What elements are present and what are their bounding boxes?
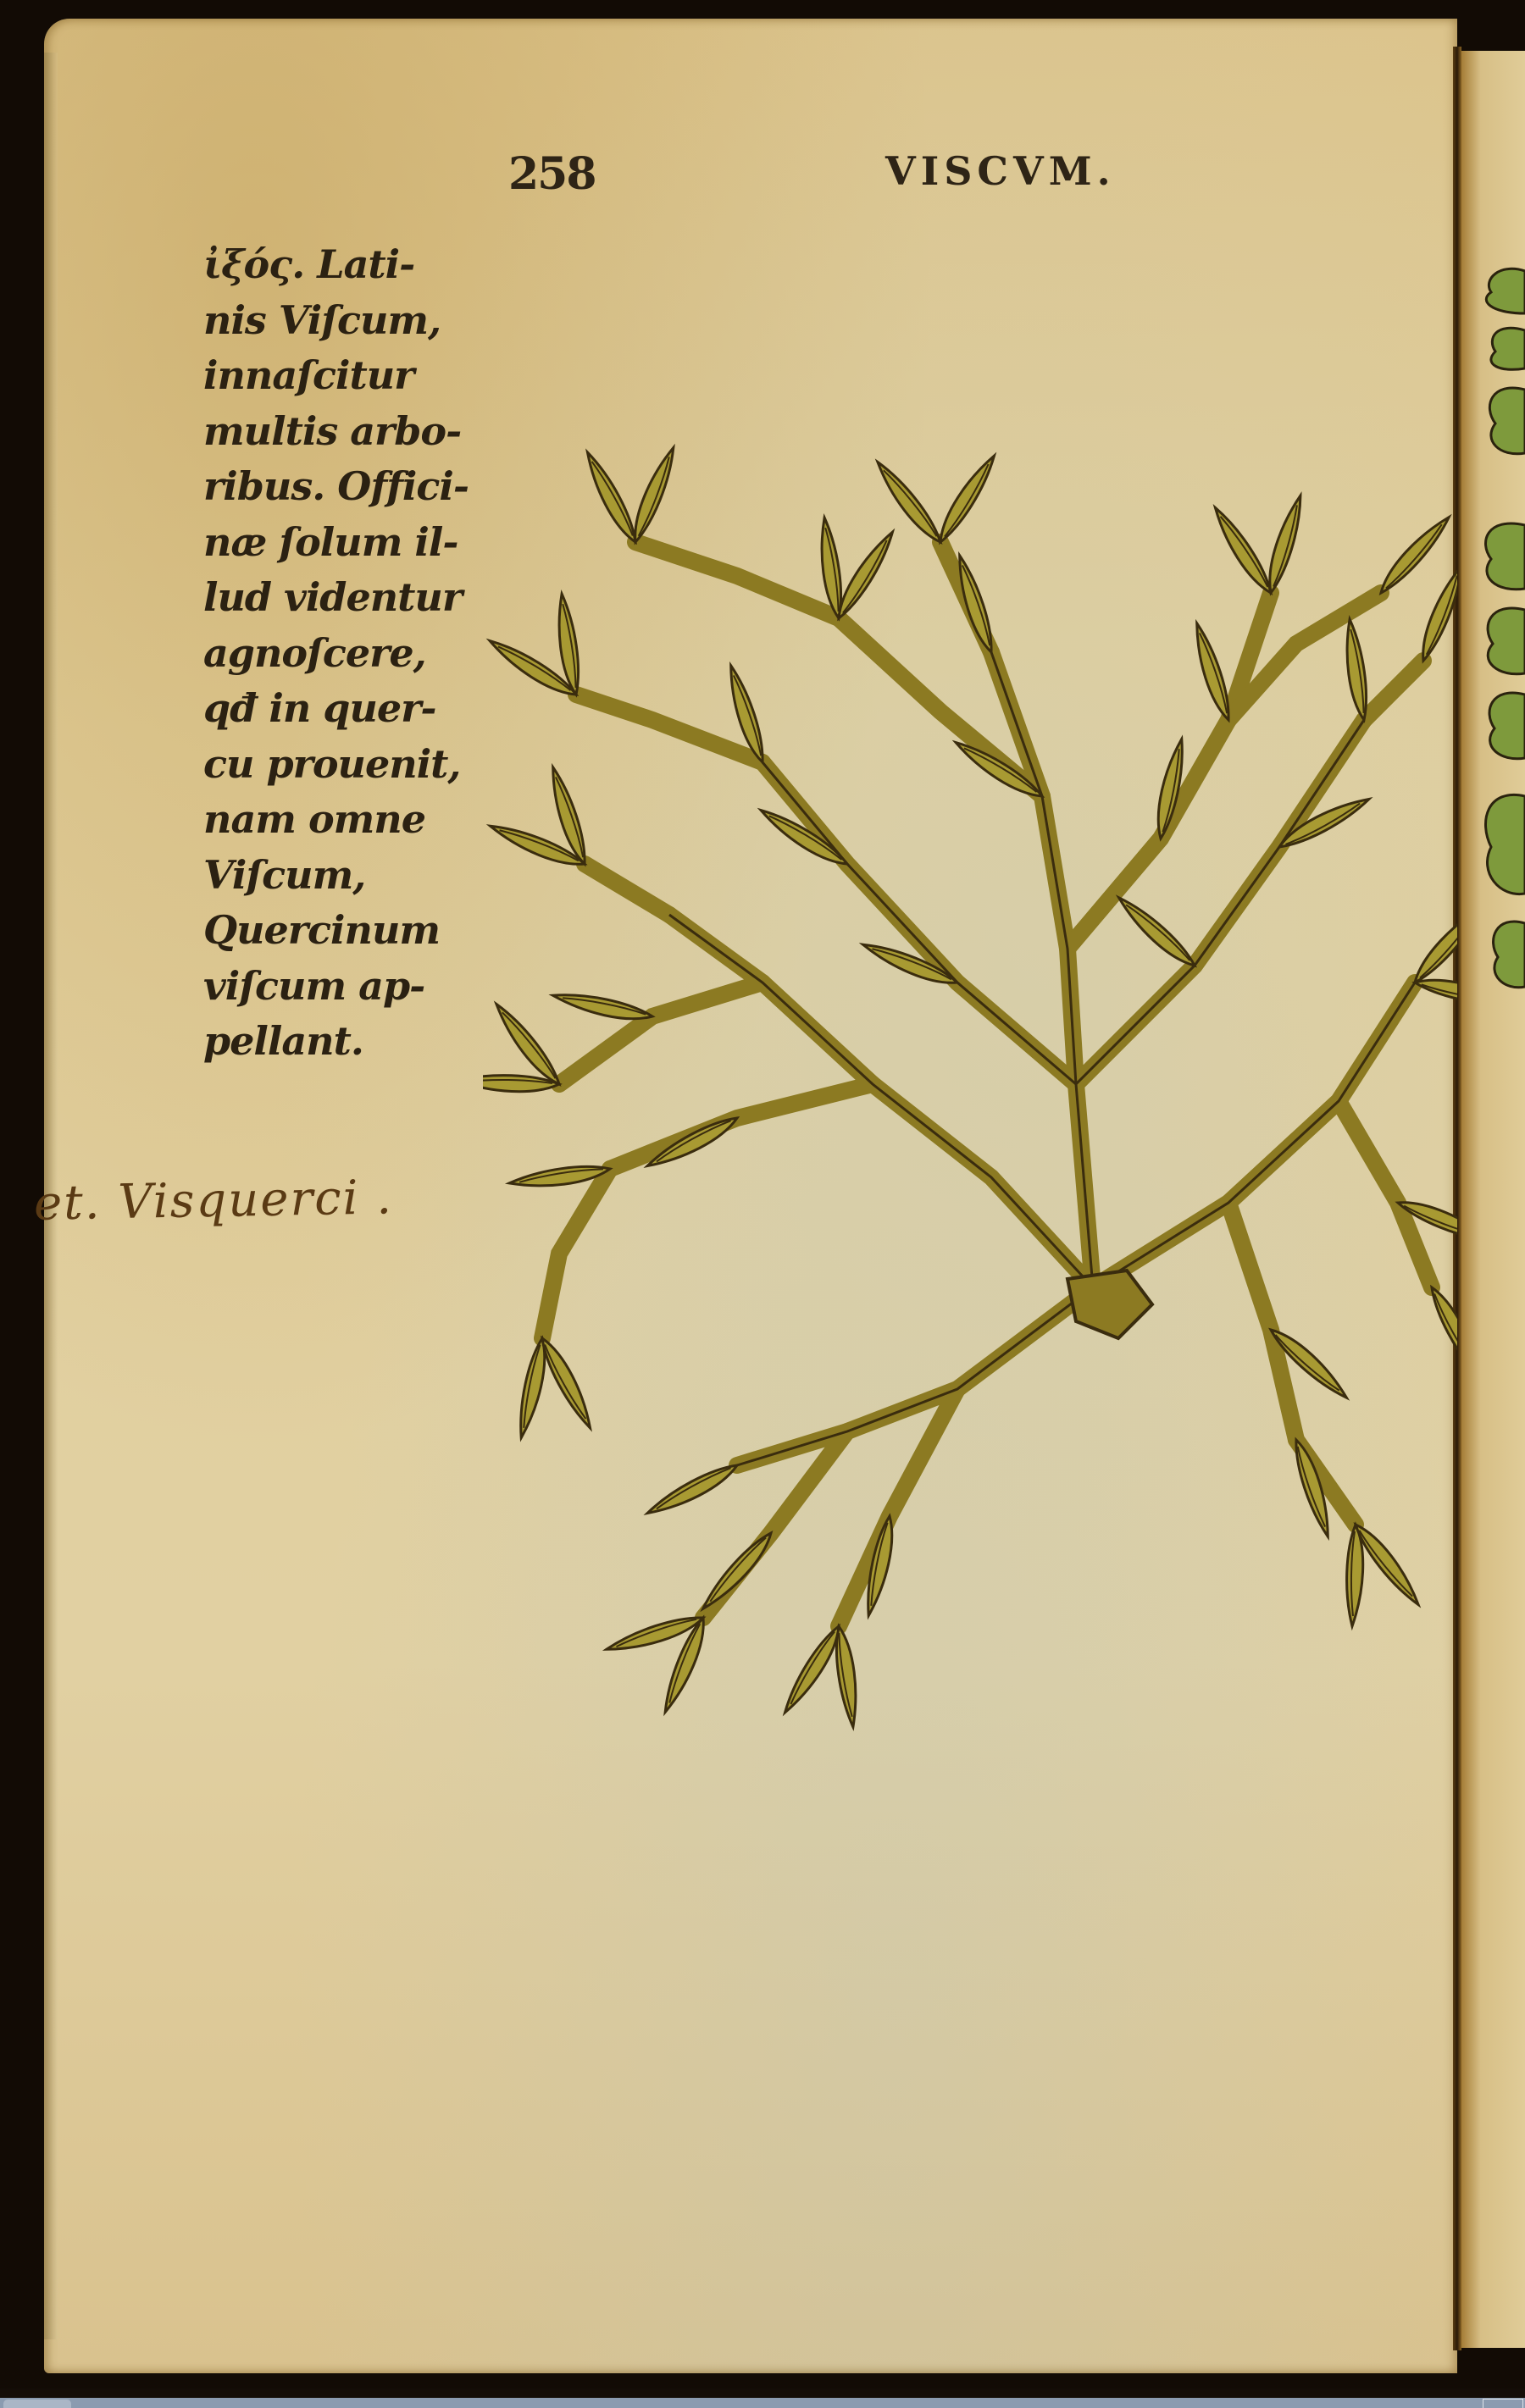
handwritten-marginal-note: et. Visquerci . xyxy=(33,1170,393,1231)
text-line: qđ in quer- xyxy=(203,681,474,737)
text-line: Quercinum xyxy=(203,903,474,959)
text-line: pellant. xyxy=(203,1014,474,1070)
text-line: næ ſolum il- xyxy=(203,515,474,571)
scanner-badge-icon xyxy=(1483,2399,1523,2408)
text-line: agnoſcere, xyxy=(203,626,474,682)
mistletoe-illustration xyxy=(483,440,1457,1779)
text-line: cu prouenit, xyxy=(203,737,474,793)
text-line: Viſcum, xyxy=(203,848,474,904)
scanner-footer-bar xyxy=(0,2398,1525,2408)
text-line: innaſcitur xyxy=(203,348,474,404)
scanner-logo-icon xyxy=(3,2400,71,2408)
text-line: ribus. Offici- xyxy=(203,459,474,515)
text-line: nis Viſcum, xyxy=(203,293,474,349)
adjacent-plant-illustration xyxy=(1474,254,1525,999)
text-line: nam omne xyxy=(203,792,474,848)
text-line: lud videntur xyxy=(203,570,474,626)
text-line: viſcum ap- xyxy=(203,959,474,1015)
running-head: VISCVM. xyxy=(885,148,1116,194)
text-line: multis arbo- xyxy=(203,404,474,460)
text-line: ἰξός. Lati- xyxy=(203,237,474,293)
page-number: 258 xyxy=(508,148,596,200)
latin-text-column: ἰξός. Lati- nis Viſcum, innaſcitur multi… xyxy=(203,237,474,1070)
